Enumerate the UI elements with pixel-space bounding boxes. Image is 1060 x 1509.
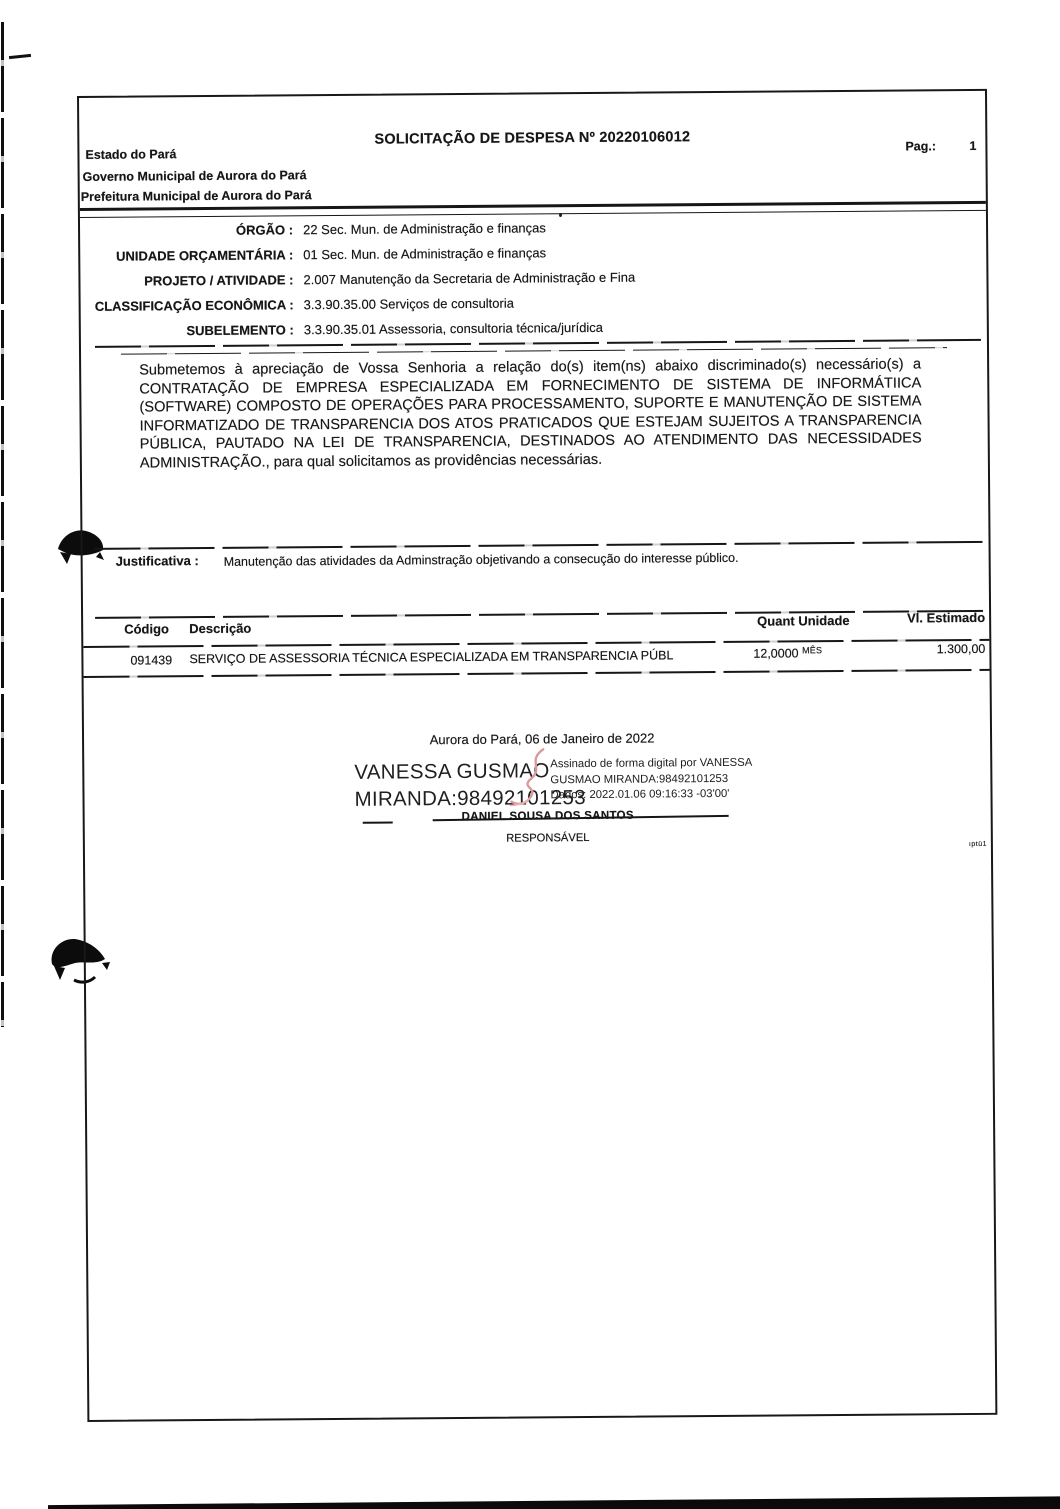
request-body-paragraph: Submetemos à apreciação de Vossa Senhori…: [139, 355, 922, 473]
header-government-line: Governo Municipal de Aurora do Pará: [83, 168, 307, 184]
field-row-orgao: ÓRGÃO :22 Sec. Mun. de Administração e f…: [80, 220, 546, 239]
field-value: 3.3.90.35.01 Assessoria, consultoria téc…: [304, 320, 603, 337]
fields-separator-line-thin: [121, 347, 947, 354]
table-header-description: Descrição: [189, 621, 251, 636]
item-quantity: 12,0000: [753, 646, 798, 660]
fields-separator-line: [95, 339, 981, 348]
page-number-value: 1: [969, 139, 976, 153]
city-date-line: Aurora do Pará, 06 de Janeiro de 2022: [392, 730, 692, 747]
digital-signature-details-line2: GUSMAO MIRANDA:98492101253: [550, 771, 752, 788]
margin-note-artifact: ıptü1: [969, 841, 987, 848]
responsible-title: RESPONSÁVEL: [398, 831, 698, 845]
field-value: 2.007 Manutenção da Secretaria de Admini…: [303, 270, 635, 288]
item-description: SERVIÇO DE ASSESSORIA TÉCNICA ESPECIALIZ…: [189, 648, 673, 666]
field-value: 01 Sec. Mun. de Administração e finanças: [303, 245, 546, 262]
header-state-line: Estado do Pará: [85, 147, 176, 162]
header-prefecture-line: Prefeitura Municipal de Aurora do Pará: [81, 188, 312, 204]
digital-signature-details-line3: Dados: 2022.01.06 09:16:33 -03'00': [550, 787, 752, 804]
table-row: 091439 SERVIÇO DE ASSESSORIA TÉCNICA ESP…: [79, 91, 985, 98]
page-number-label: Pag.:: [905, 139, 936, 153]
document-frame: SOLICITAÇÃO DE DESPESA Nº 20220106012 Pa…: [77, 89, 997, 1422]
document-title: SOLICITAÇÃO DE DESPESA Nº 20220106012: [79, 127, 985, 150]
digital-signature-details: Assinado de forma digital por VANESSA GU…: [550, 756, 752, 804]
field-label: ÓRGÃO :: [80, 222, 293, 239]
field-value: 3.3.90.35.00 Serviços de consultoria: [304, 296, 514, 313]
table-header-code: Código: [124, 621, 169, 636]
item-estimated-value: 1.300,00: [937, 642, 986, 656]
field-value: 22 Sec. Mun. de Administração e finanças: [303, 220, 546, 237]
field-row-projeto: PROJETO / ATIVIDADE :2.007 Manutenção da…: [80, 270, 635, 289]
header-separator-thin: [80, 210, 986, 218]
field-row-classificacao: CLASSIFICAÇÃO ECONÔMICA :3.3.90.35.00 Se…: [81, 296, 514, 314]
justification-text: Manutenção das atividades da Adminstraçã…: [224, 551, 739, 569]
field-label: PROJETO / ATIVIDADE :: [80, 272, 293, 289]
item-code: 091439: [130, 653, 172, 667]
scanned-document-page: SOLICITAÇÃO DE DESPESA Nº 20220106012 Pa…: [0, 0, 1060, 1509]
table-header-estimated-value: Vl. Estimado: [907, 610, 985, 626]
digital-signature-details-line1: Assinado de forma digital por VANESSA: [550, 756, 752, 773]
table-top-line: [95, 610, 989, 619]
justification-separator-line: [95, 541, 989, 550]
field-row-subelemento: SUBELEMENTO :3.3.90.35.01 Assessoria, co…: [81, 320, 603, 339]
justification-label: Justificativa :: [116, 553, 199, 569]
table-header-quantity-unit: Quant Unidade: [757, 613, 850, 629]
field-label: SUBELEMENTO :: [81, 322, 294, 339]
responsible-name: DANIEL SOUSA DOS SANTOS: [398, 809, 698, 823]
scan-edge-left-line: [1, 22, 4, 1027]
signature-short-dash: [363, 822, 393, 824]
item-unit: MÊS: [802, 645, 822, 655]
scan-edge-bottom-bar: [48, 1495, 1060, 1509]
item-quantity-unit: 12,0000 MÊS: [753, 645, 822, 661]
field-label: UNIDADE ORÇAMENTÁRIA :: [80, 247, 293, 264]
field-row-unidade: UNIDADE ORÇAMENTÁRIA :01 Sec. Mun. de Ad…: [80, 245, 546, 264]
scan-edge-top-mark: [9, 54, 31, 59]
table-header-line: [83, 639, 989, 648]
table-bottom-line: [84, 669, 990, 678]
field-label: CLASSIFICAÇÃO ECONÔMICA :: [81, 297, 294, 314]
